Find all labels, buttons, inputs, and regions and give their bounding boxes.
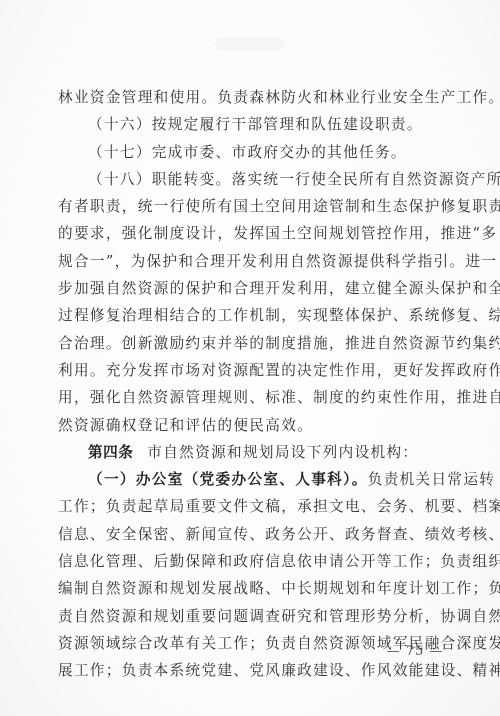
text-line: 过程修复治理相结合的工作机制，实现整体保护、系统修复、综 bbox=[58, 302, 443, 329]
text-line: 展工作；负责本系统党建、党风廉政建设、作风效能建设、精神 bbox=[58, 657, 443, 684]
text-line-item-17: （十七）完成市委、市政府交办的其他任务。 bbox=[58, 139, 443, 166]
text-line-item-18: （十八）职能转变。落实统一行使全民所有自然资源资产所 bbox=[58, 166, 443, 193]
page-number: — 75 — bbox=[380, 644, 450, 659]
text-line: 用，强化自然资源管理规则、标准、制度的约束性作用，推进自 bbox=[58, 384, 443, 411]
text-line: 有者职责，统一行使所有国土空间用途管制和生态保护修复职责 bbox=[58, 193, 443, 220]
text-line: 责自然资源和规划重要问题调查研究和管理形势分析，协调自然 bbox=[58, 603, 443, 630]
text-line: 编制自然资源和规划发展战略、中长期规划和年度计划工作；负 bbox=[58, 575, 443, 602]
office-section-line: （一）办公室（党委办公室、人事科）。负责机关日常运转 bbox=[58, 466, 443, 493]
text-line: 工作；负责起草局重要文件文稿，承担文电、会务、机要、档案、 bbox=[58, 493, 443, 520]
text-line: 的要求，强化制度设计，发挥国土空间规划管控作用，推进“多 bbox=[58, 220, 443, 247]
text-line: 信息、安全保密、新闻宣传、政务公开、政务督查、绩效考核、 bbox=[58, 521, 443, 548]
document-body: 林业资金管理和使用。负责森林防火和林业行业安全生产工作。 （十六）按规定履行干部… bbox=[58, 84, 443, 685]
text-line: 信息化管理、后勤保障和政府信息依申请公开等工作；负责组织 bbox=[58, 548, 443, 575]
text-line: 合治理。创新激励约束并举的制度措施，推进自然资源节约集约 bbox=[58, 330, 443, 357]
office-section-text: 负责机关日常运转 bbox=[368, 471, 496, 488]
text-line: 利用。充分发挥市场对资源配置的决定性作用，更好发挥政府作 bbox=[58, 357, 443, 384]
article-4-line: 第四条市自然资源和规划局设下列内设机构： bbox=[58, 439, 443, 466]
text-line: 然资源确权登记和评估的便民高效。 bbox=[58, 412, 443, 439]
text-line: 步加强自然资源的保护和合理开发利用，建立健全源头保护和全 bbox=[58, 275, 443, 302]
document-page: 林业资金管理和使用。负责森林防火和林业行业安全生产工作。 （十六）按规定履行干部… bbox=[0, 0, 500, 716]
faded-header-mark bbox=[215, 38, 285, 50]
office-section-title: （一）办公室（党委办公室、人事科）。 bbox=[88, 471, 368, 488]
article-text: 市自然资源和规划局设下列内设机构： bbox=[147, 444, 418, 461]
article-heading: 第四条 bbox=[88, 444, 133, 461]
text-line: 林业资金管理和使用。负责森林防火和林业行业安全生产工作。 bbox=[58, 84, 443, 111]
text-line: 规合一”，为保护和合理开发利用自然资源提供科学指引。进一 bbox=[58, 248, 443, 275]
text-line-item-16: （十六）按规定履行干部管理和队伍建设职责。 bbox=[58, 111, 443, 138]
